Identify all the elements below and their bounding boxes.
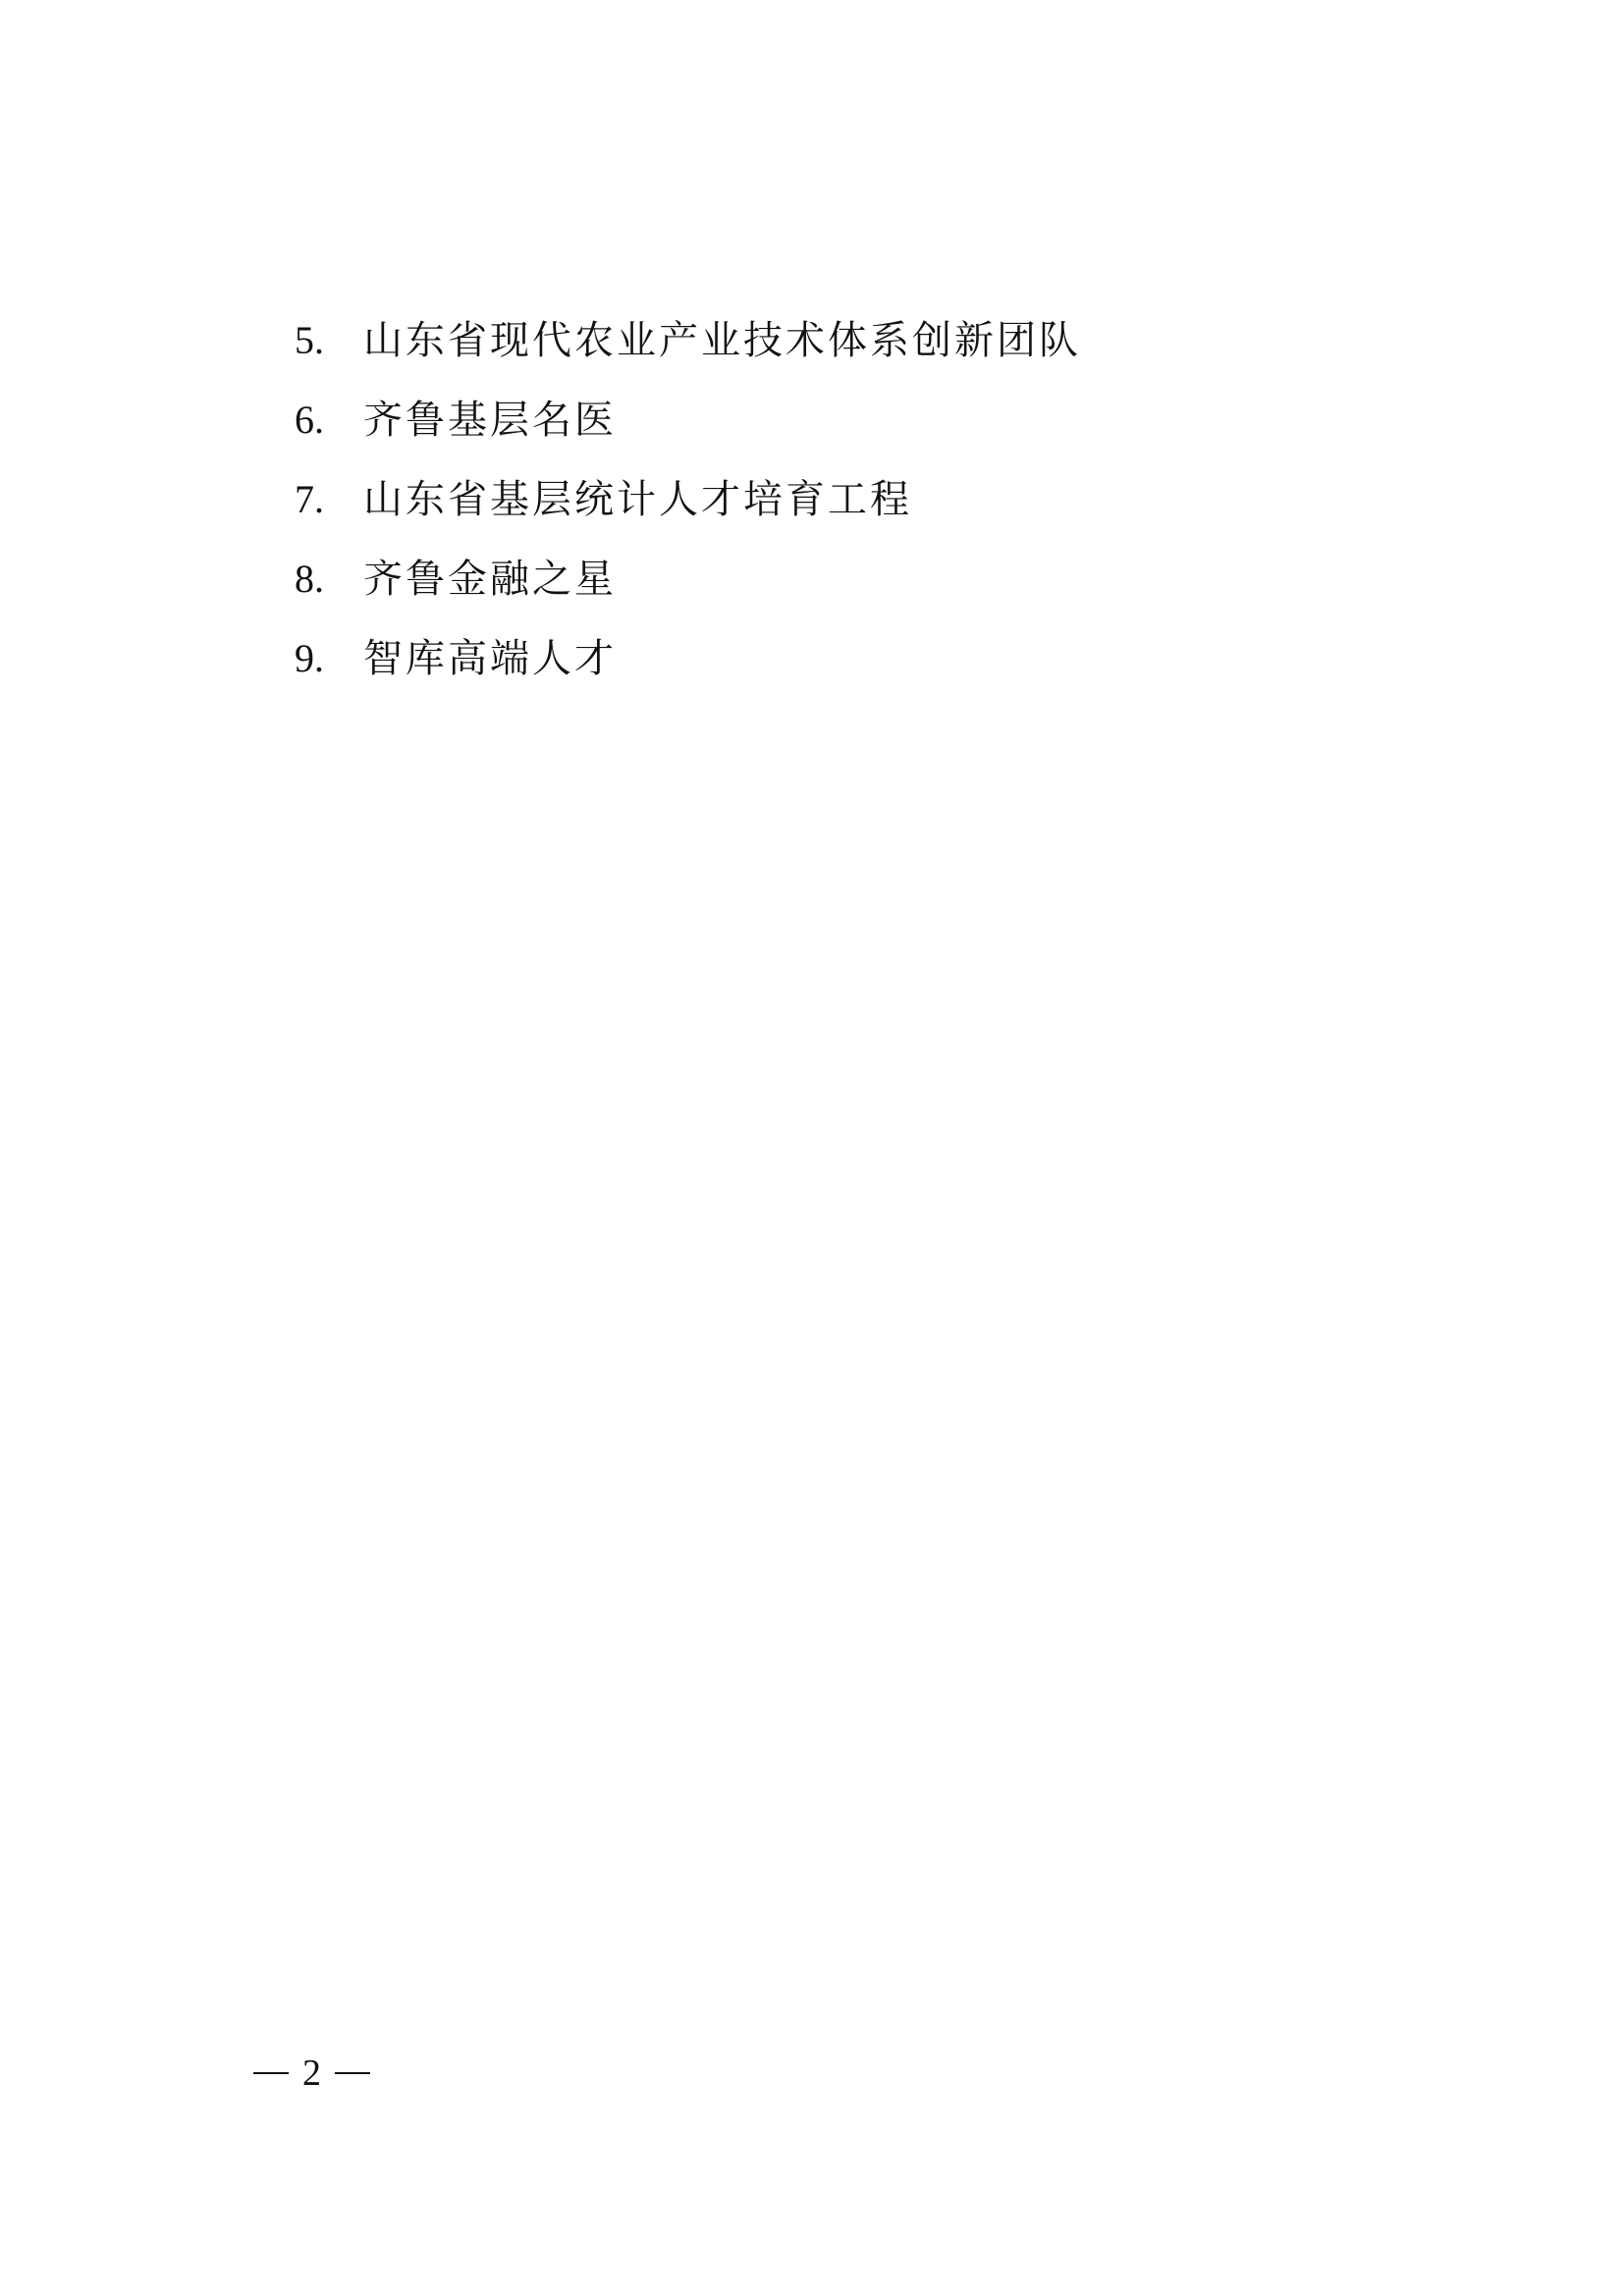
list-item-number: 9. (295, 639, 363, 678)
list-item-number: 7. (295, 480, 363, 519)
list-item: 5. 山东省现代农业产业技术体系创新团队 (295, 300, 1081, 380)
list-item-text: 智库高端人才 (363, 639, 617, 678)
list-item: 9. 智库高端人才 (295, 618, 1081, 698)
list-item-text: 齐鲁基层名医 (363, 400, 617, 440)
page-footer: 2 (253, 2055, 370, 2092)
document-page: 5. 山东省现代农业产业技术体系创新团队 6. 齐鲁基层名医 7. 山东省基层统… (0, 0, 1624, 2296)
right-dash (335, 2072, 370, 2074)
list-item-text: 齐鲁金融之星 (363, 560, 617, 599)
page-number: 2 (302, 2055, 321, 2092)
talent-program-list: 5. 山东省现代农业产业技术体系创新团队 6. 齐鲁基层名医 7. 山东省基层统… (295, 300, 1081, 698)
list-item-number: 5. (295, 321, 363, 360)
list-item: 6. 齐鲁基层名医 (295, 380, 1081, 459)
list-item-number: 8. (295, 560, 363, 599)
list-item-text: 山东省现代农业产业技术体系创新团队 (363, 321, 1081, 360)
list-item: 7. 山东省基层统计人才培育工程 (295, 459, 1081, 539)
list-item-number: 6. (295, 400, 363, 440)
list-item: 8. 齐鲁金融之星 (295, 539, 1081, 618)
list-item-text: 山东省基层统计人才培育工程 (363, 480, 912, 519)
left-dash (253, 2072, 289, 2074)
